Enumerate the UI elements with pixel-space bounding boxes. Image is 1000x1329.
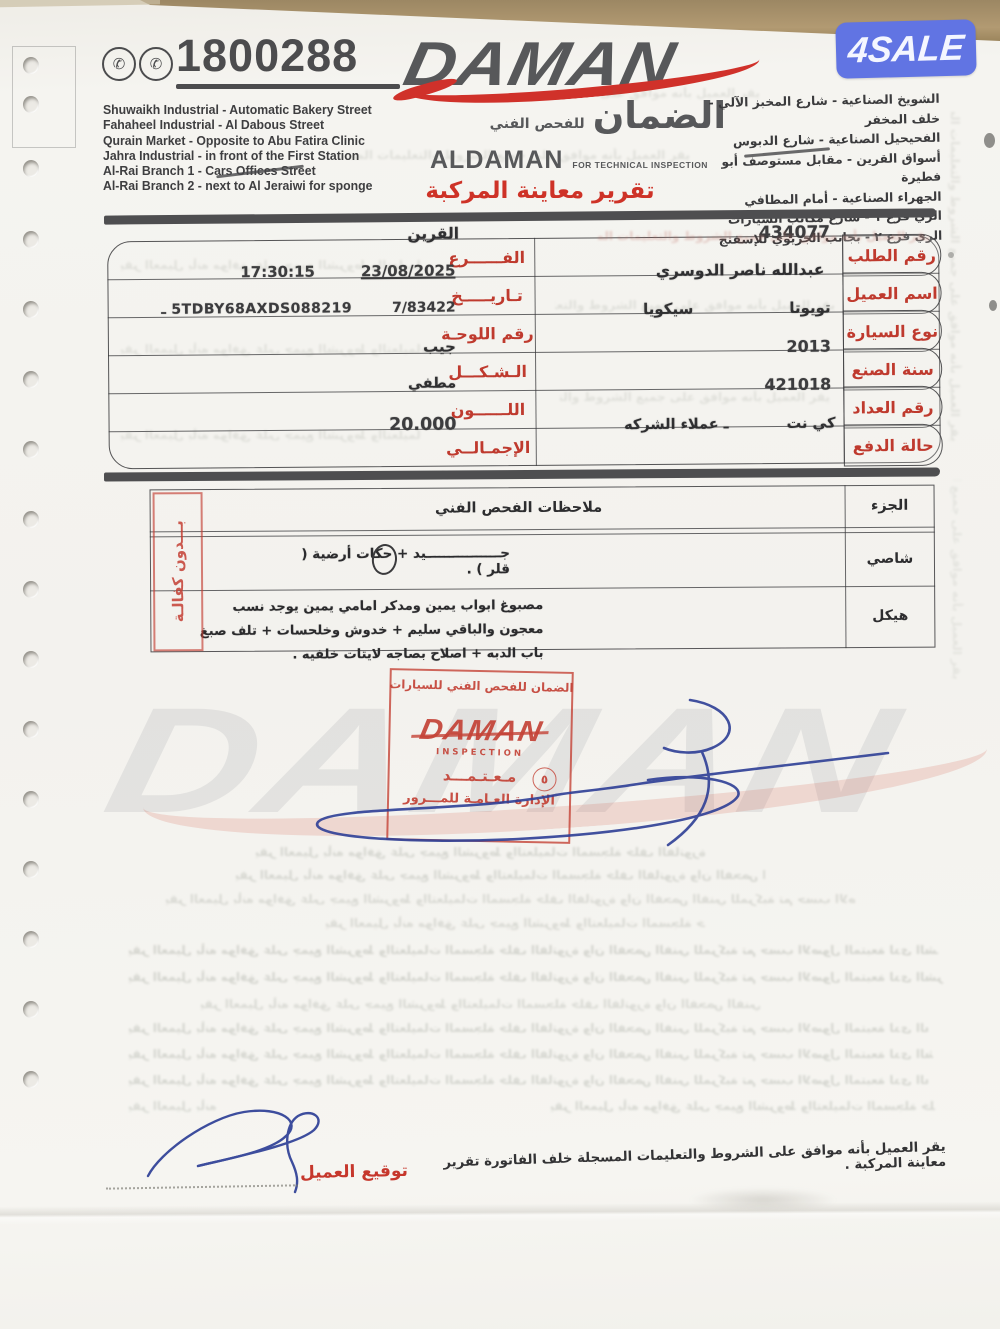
- chassis-note: جــــــــــــــــيد + حكات أرضية ( قلر )…: [288, 545, 510, 578]
- hotline-underline: [176, 84, 400, 89]
- field-label-cell: حالة الدفع: [844, 424, 943, 467]
- address-line: أسواق القرين - مقابل مستوصف أبو فطيرة: [696, 148, 942, 192]
- customer-signature-label: توقيع العميل: [300, 1161, 408, 1183]
- address-line: Al-Rai Branch 2 - next to Al Jeraiwi for…: [103, 178, 372, 193]
- punch-hole: [23, 441, 39, 458]
- no-warranty-stamp: بـــدون كفالـة: [153, 492, 204, 651]
- total-amount-value: 20.000: [108, 414, 514, 437]
- punch-hole: [23, 1001, 39, 1018]
- color-value: مطفي: [108, 375, 466, 394]
- punch-hole: [23, 581, 39, 598]
- plate-vin-value: 7/83422 5TDBY68AXDS088219 ـ: [108, 299, 462, 318]
- punch-hole: [22, 300, 40, 319]
- bleedthrough-line: يقر العميل بأنه موافق على جميع الشروط وا…: [255, 845, 705, 862]
- bleedthrough-line: يقر العميل بأنه موافق على جميع الشروط وا…: [948, 480, 964, 680]
- address-line: الشويخ الصناعية - شارع المخبز الآلي - خل…: [695, 90, 941, 134]
- logo-latin: ALDAMAN FOR TECHNICAL INSPECTION: [430, 146, 708, 175]
- bleedthrough-line: يقر العميل بأنه موافق على جميع الشروط وا…: [128, 970, 943, 987]
- model-year-value: 2013: [535, 336, 843, 357]
- logo-arabic-tagline: للفحص الفني: [490, 116, 585, 132]
- punch-hole: [23, 1071, 39, 1088]
- inspection-notes-table: الجزء ملاحظات الفحص الفني شاصي هيكل جـــ…: [150, 485, 936, 653]
- paper-edge-highlight: [0, 0, 160, 8]
- branch-value: القرين: [107, 224, 463, 245]
- bleedthrough-line: يقر العميل بأنه موافق على جميع الشروط وا…: [325, 916, 705, 933]
- part-name: شاصي: [845, 532, 935, 587]
- bleedthrough-line: يقر العميل بأنه موافق على جميع الشروط وا…: [550, 1099, 935, 1116]
- phone-icon: ✆: [102, 47, 136, 81]
- field-label-cell: رقم العداد: [843, 386, 942, 429]
- paper-smudge: [688, 1188, 838, 1212]
- hotline-number: 1800288: [176, 30, 358, 82]
- address-line: Qurain Market - Opposite to Abu Fatira C…: [103, 133, 372, 148]
- notes-column-header: ملاحظات الفحص الفني: [195, 485, 843, 531]
- bleedthrough-line: يقر العميل بأنه موافق على جميع الشروط وا…: [128, 1099, 218, 1116]
- payment-status-value: كي نت ـ عملاء الشركه: [536, 416, 842, 434]
- field-label-cell: رقم الطلب: [842, 234, 941, 277]
- 4sale-watermark-badge: 4SALE: [835, 19, 976, 79]
- odometer-value: 421018: [535, 375, 839, 396]
- punch-hole: [22, 510, 39, 528]
- agreement-statement: يقر العميل بأنه موافق على الشروط والتعلي…: [418, 1140, 947, 1187]
- punch-hole: [22, 930, 40, 949]
- order-number-value: 434077: [534, 222, 842, 244]
- logo-latin-tagline: FOR TECHNICAL INSPECTION: [572, 160, 708, 170]
- punch-hole: [22, 159, 40, 178]
- punch-hole: [23, 231, 39, 248]
- paper-crease: [0, 1201, 1000, 1224]
- scanned-inspection-report: 4SALE ✆ ✆ 1800288 Shuwaikh Industrial - …: [0, 0, 1000, 1329]
- bleedthrough-line: يقر العميل بأنه موافق على جميع الشروط وا…: [235, 868, 765, 885]
- bleedthrough-line: يقر العميل بأنه موافق على جميع الشروط وا…: [128, 1073, 928, 1090]
- branch-addresses-en: Shuwaikh Industrial - Automatic Bakery S…: [103, 102, 372, 194]
- vehicle-info-table: رقم الطلب اسم العميل نوع السيارة سنة الص…: [107, 235, 941, 470]
- approval-stamp: الضمان للفحص الفني للسيارات DAMAN INSPEC…: [386, 668, 574, 844]
- stamp-approved-label: مـعـتـمـــد: [443, 766, 517, 786]
- stamp-wordmark: DAMAN: [417, 716, 545, 747]
- address-line: Shuwaikh Industrial - Automatic Bakery S…: [103, 102, 372, 117]
- pen-box-bleedthrough: [12, 46, 76, 148]
- scan-speck: [984, 133, 995, 148]
- bleedthrough-line: يقر العميل بأنه موافق على جميع الشروط وا…: [128, 943, 938, 960]
- bleedthrough-line: يقر العميل بأنه موافق على جميع الشروط وا…: [128, 1047, 933, 1064]
- scan-speck: [989, 300, 997, 311]
- punch-hole: [23, 57, 39, 74]
- address-line: Al-Rai Branch 1 - Cars Offices Street: [103, 163, 372, 178]
- whatsapp-icon: ✆: [139, 47, 173, 81]
- field-label-cell: اسم العميل: [842, 272, 941, 315]
- punch-hole: [23, 96, 39, 113]
- punch-hole: [23, 791, 39, 808]
- customer-signature: [148, 1111, 319, 1192]
- section-divider-bar: [104, 467, 940, 481]
- stamp-number: ٥: [532, 767, 556, 791]
- signature-dotted-line: [106, 1184, 298, 1189]
- punch-hole: [23, 371, 39, 388]
- stamp-subtitle: INSPECTION: [436, 747, 524, 759]
- punch-hole: [23, 651, 39, 668]
- report-title: تقرير معاينة المركبة: [420, 178, 660, 204]
- customer-name-value: عبدالله ناصر الدوسري: [534, 260, 842, 280]
- bleedthrough-line: يقر العميل بأنه موافق على جميع الشروط وا…: [128, 1021, 928, 1038]
- body-shape-value: جيب: [108, 337, 466, 358]
- date-time-value: 23/08/2025 17:30:15: [107, 261, 463, 282]
- 4sale-label: 4SALE: [846, 26, 965, 71]
- bleedthrough-line: يقر العميل بأنه موافق على جميع الشروط وا…: [946, 112, 962, 442]
- field-label-cell: نوع السيارة: [843, 310, 942, 353]
- punch-hole: [22, 720, 39, 738]
- vehicle-type-value: تويوتا سيكويا: [535, 298, 843, 318]
- part-name: هيكل: [845, 586, 935, 647]
- bleedthrough-line: يقر العميل بأنه موافق على جميع الشروط وا…: [165, 892, 855, 909]
- field-label-cell: سنة الصنع: [843, 348, 942, 391]
- logo-arabic: الضمان للفحص الفني: [436, 96, 726, 136]
- punch-hole: [23, 861, 39, 878]
- stamp-authority-label: الإدارة العـامـة للمـــرور: [403, 790, 555, 808]
- body-note: مصبوغ ابواب يمين ومدكر امامي يمين يوجد ن…: [198, 594, 543, 668]
- stamp-company-line: الضمان للفحص الفني للسيارات: [389, 677, 573, 695]
- scan-speck: [948, 252, 954, 258]
- part-column-header: الجزء: [844, 485, 934, 528]
- address-line: Fahaheel Industrial - Al Dabous Street: [103, 117, 372, 132]
- logo-latin-name: ALDAMAN: [430, 146, 563, 175]
- address-line: Jahra Industrial - in front of the First…: [103, 148, 372, 163]
- bleedthrough-line: يقر العميل بأنه موافق على جميع الشروط وا…: [200, 997, 760, 1014]
